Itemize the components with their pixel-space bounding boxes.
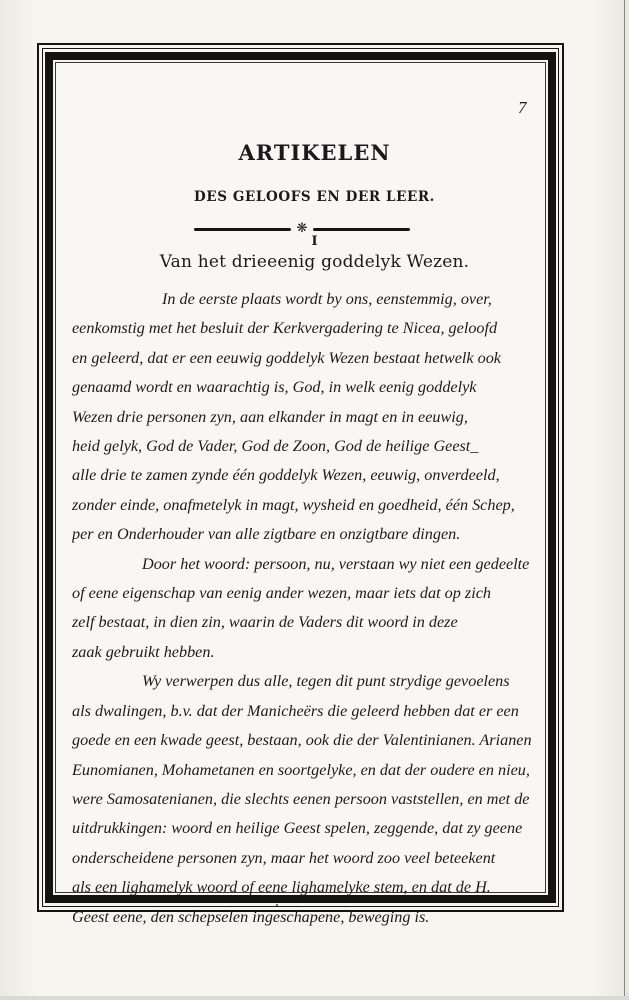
body-line: Wezen drie personen zyn, aan elkander in… bbox=[72, 403, 542, 432]
body-line: zonder einde, onafmetelyk in magt, wyshe… bbox=[72, 491, 542, 520]
body-line: heid gelyk, God de Vader, God de Zoon, G… bbox=[72, 432, 542, 461]
page-number: 7 bbox=[518, 98, 527, 118]
ink-speck bbox=[276, 904, 278, 906]
body-line: In de eerste plaats wordt by ons, eenste… bbox=[72, 285, 542, 314]
article-number: I bbox=[0, 234, 629, 249]
article-body: In de eerste plaats wordt by ons, eenste… bbox=[72, 285, 542, 932]
divider-right-bar bbox=[313, 228, 410, 231]
body-line: als een lighamelyk woord of eene lighame… bbox=[72, 873, 542, 902]
body-line: en geleerd, dat er een eeuwig goddelyk W… bbox=[72, 344, 542, 373]
body-line: genaamd wordt en waarachtig is, God, in … bbox=[72, 373, 542, 402]
body-line: of eene eigenschap van eenig ander wezen… bbox=[72, 579, 542, 608]
body-line: goede en een kwade geest, bestaan, ook d… bbox=[72, 726, 542, 755]
document-title: ARTIKELEN bbox=[0, 140, 629, 165]
body-line: zelf bestaat, in dien zin, waarin de Vad… bbox=[72, 608, 542, 637]
body-line: zaak gebruikt hebben. bbox=[72, 638, 542, 667]
body-line: were Samosatenianen, die slechts eenen p… bbox=[72, 785, 542, 814]
body-line: Door het woord: persoon, nu, verstaan wy… bbox=[72, 550, 542, 579]
page-bottom-edge bbox=[0, 996, 629, 1000]
article-heading: Van het drieeenig goddelyk Wezen. bbox=[0, 252, 629, 272]
body-line: als dwalingen, b.v. dat der Manicheërs d… bbox=[72, 697, 542, 726]
body-line: uitdrukkingen: woord en heilige Geest sp… bbox=[72, 814, 542, 843]
body-line: alle drie te zamen zynde één goddelyk We… bbox=[72, 461, 542, 490]
body-line: Eunomianen, Mohametanen en soortgelyke, … bbox=[72, 756, 542, 785]
body-line: per en Onderhouder van alle zigtbare en … bbox=[72, 520, 542, 549]
body-line: eenkomstig met het besluit der Kerkverga… bbox=[72, 314, 542, 343]
body-line: Geest eene, den schepselen ingeschapene,… bbox=[72, 903, 542, 932]
body-line: Wy verwerpen dus alle, tegen dit punt st… bbox=[72, 667, 542, 696]
body-line: onderscheidene personen zyn, maar het wo… bbox=[72, 844, 542, 873]
document-subtitle: DES GELOOFS EN DER LEER. bbox=[0, 189, 629, 205]
divider-left-bar bbox=[194, 228, 291, 231]
